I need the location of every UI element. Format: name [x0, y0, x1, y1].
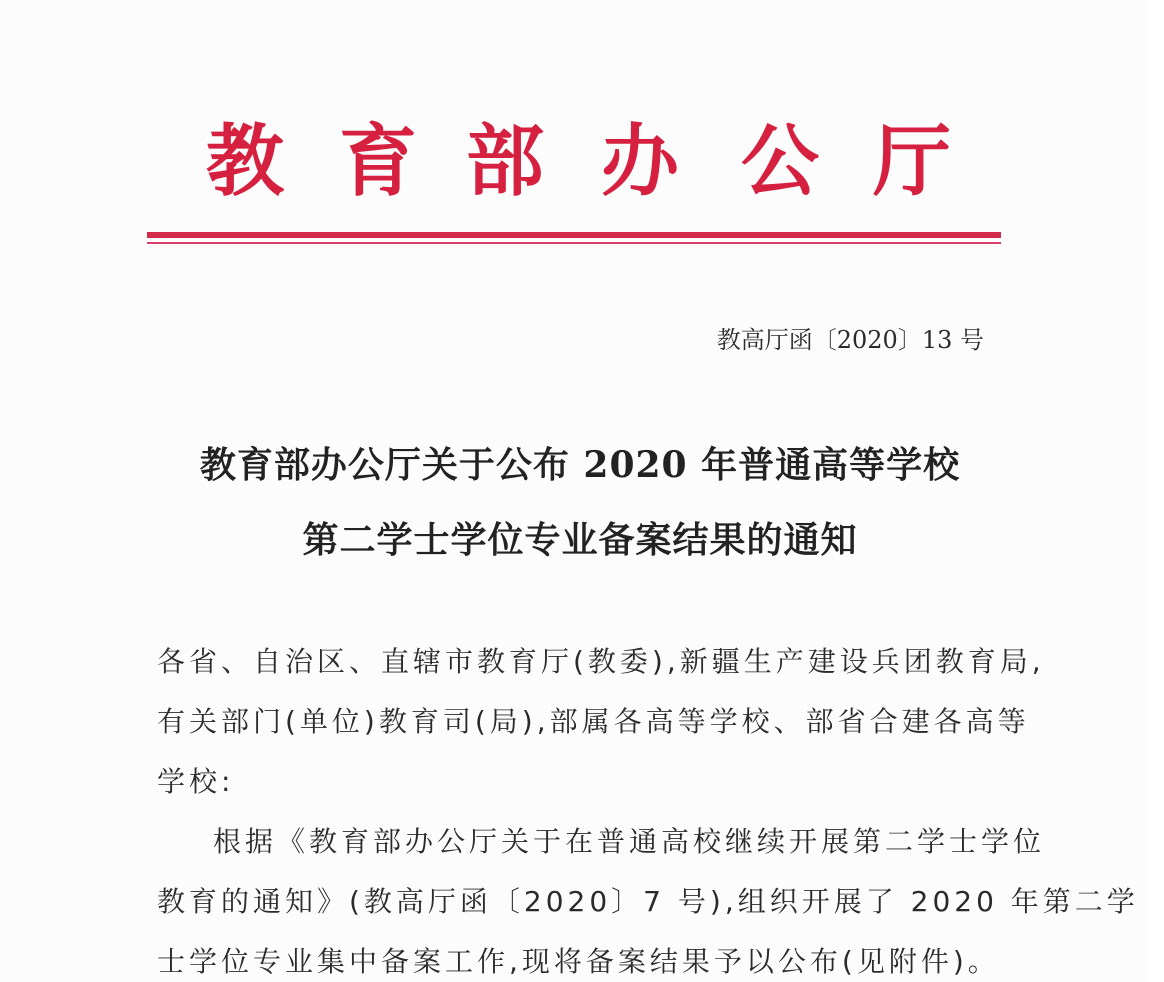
paragraph-line: 士学位专业集中备案工作,现将备案结果予以公布(见附件)。: [157, 940, 1000, 982]
header-char: 育: [323, 112, 433, 212]
paragraph-line: 教育的通知》(教高厅函〔2020〕7 号),组织开展了 2020 年第二学: [157, 880, 1139, 924]
header-rule-thick: [147, 232, 1001, 238]
header-char: 公: [725, 112, 835, 212]
addressee-line: 各省、自治区、直辖市教育厅(教委),新疆生产建设兵团教育局,: [157, 640, 1045, 684]
header-rule-thin: [147, 242, 1001, 244]
header-char: 厅: [857, 112, 967, 212]
document-number: 教高厅函〔2020〕13 号: [717, 320, 984, 360]
addressee-line: 有关部门(单位)教育司(局),部属各高等学校、部省合建各高等: [157, 700, 1030, 744]
document-title-line-2: 第二学士学位专业备案结果的通知: [0, 515, 1160, 565]
header-char: 部: [450, 112, 560, 212]
addressee-line: 学校:: [157, 760, 234, 804]
document-page: 教 育 部 办 公 厅 教高厅函〔2020〕13 号 教育部办公厅关于公布 20…: [0, 0, 1148, 982]
header-char: 教: [190, 112, 300, 212]
document-title-line-1: 教育部办公厅关于公布 2020 年普通高等学校: [0, 440, 1160, 490]
header-char: 办: [585, 112, 695, 212]
paragraph-line: 根据《教育部办公厅关于在普通高校继续开展第二学士学位: [213, 820, 1045, 864]
scan-margin: [1148, 0, 1164, 982]
